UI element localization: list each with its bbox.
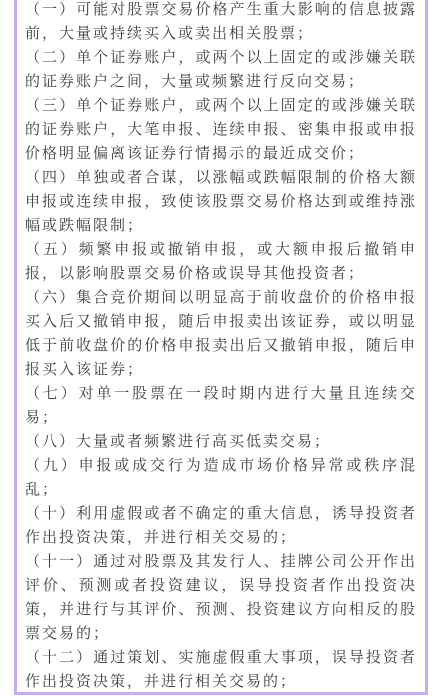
clause-item-7: （七）对单一股票在一段时期内进行大量且连续交易； bbox=[25, 382, 417, 430]
clause-item-11: （十一）通过对股票及其发行人、挂牌公司公开作出评价、预测或者投资建议，误导投资者… bbox=[25, 550, 417, 646]
clause-item-4: （四）单独或者合谋，以涨幅或跌幅限制的价格大额申报或连续申报，致使该股票交易价格… bbox=[25, 166, 417, 238]
document-content: （一）可能对股票交易价格产生重大影响的信息披露前，大量或持续买入或卖出相关股票；… bbox=[17, 0, 425, 694]
clause-item-1: （一）可能对股票交易价格产生重大影响的信息披露前，大量或持续买入或卖出相关股票； bbox=[25, 0, 417, 46]
clause-item-6: （六）集合竞价期间以明显高于前收盘价的价格申报买入后又撤销申报，随后申报卖出该证… bbox=[25, 286, 417, 382]
clause-item-9: （九）申报或成交行为造成市场价格异常或秩序混乱； bbox=[25, 454, 417, 502]
clause-item-10: （十）利用虚假或者不确定的重大信息，诱导投资者作出投资决策，并进行相关交易的； bbox=[25, 502, 417, 550]
clause-item-8: （八）大量或者频繁进行高买低卖交易； bbox=[25, 430, 417, 454]
document-frame: （一）可能对股票交易价格产生重大影响的信息披露前，大量或持续买入或卖出相关股票；… bbox=[14, 0, 428, 695]
clause-item-2: （二）单个证券账户，或两个以上固定的或涉嫌关联的证券账户之间，大量或频繁进行反向… bbox=[25, 46, 417, 94]
clause-item-3: （三）单个证券账户，或两个以上固定的或涉嫌关联的证券账户，大笔申报、连续申报、密… bbox=[25, 94, 417, 166]
clause-item-12: （十二）通过策划、实施虚假重大事项，误导投资者作出投资决策，并进行相关交易的； bbox=[25, 646, 417, 694]
clause-item-5: （五）频繁申报或撤销申报，或大额申报后撤销申报，以影响股票交易价格或误导其他投资… bbox=[25, 238, 417, 286]
